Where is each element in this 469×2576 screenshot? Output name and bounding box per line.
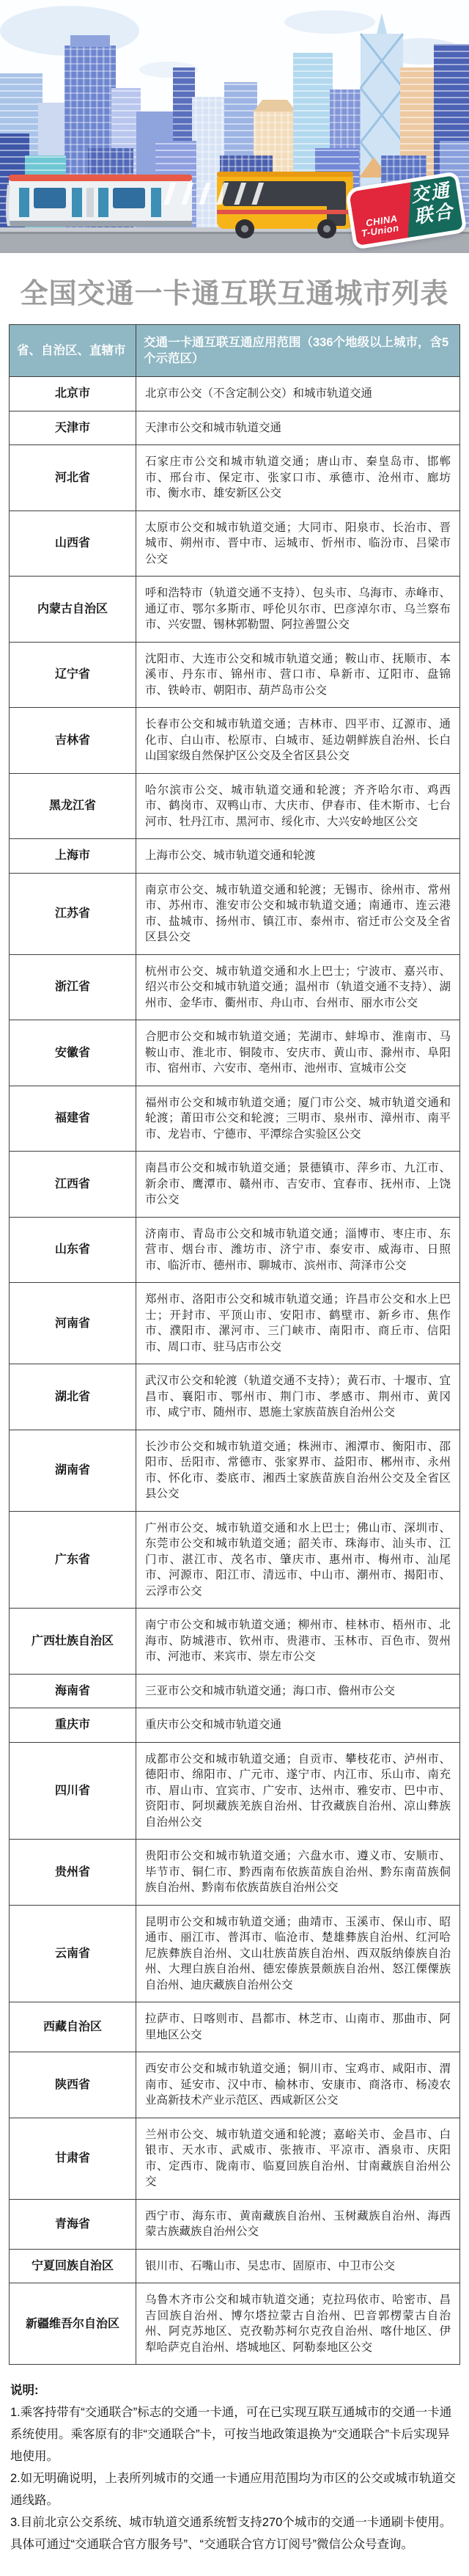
note-item: 3.目前北京公交系统、城市轨道交通系统暂支持270个城市的交通一卡通刷卡使用。具… — [10, 2511, 459, 2555]
notes-list: 1.乘客持带有“交通联合”标志的交通一卡通，可在已实现互联互通城市的交通一卡通系… — [10, 2401, 459, 2555]
table-row: 四川省 成都市公交和城市轨道交通；自贡市、攀枝花市、泸州市、德阳市、绵阳市、广元… — [10, 1742, 460, 1840]
scope-cell: 太原市公交和城市轨道交通；大同市、阳泉市、长治市、晋城市、朔州市、晋中市、运城市… — [136, 511, 460, 577]
table-row: 西藏自治区 拉萨市、日喀则市、昌都市、林芝市、山南市、那曲市、阿里地区公交 — [10, 2002, 460, 2052]
notes-section: 说明: 1.乘客持带有“交通联合”标志的交通一卡通，可在已实现互联互通城市的交通… — [10, 2379, 459, 2555]
scope-cell: 广州市公交、城市轨道交通和水上巴士；佛山市、深圳市、东莞市公交和城市轨道交通；韶… — [136, 1511, 460, 1609]
scope-cell: 福州市公交和城市轨道交通；厦门市公交、城市轨道交通和轮渡；莆田市公交和轮渡；三明… — [136, 1086, 460, 1152]
scope-cell: 杭州市公交、城市轨道交通和水上巴士；宁波市、嘉兴市、绍兴市公交和城市轨道交通；温… — [136, 954, 460, 1020]
page-banner: CHINA T-Union 交通 联合 — [0, 0, 469, 253]
region-cell: 广东省 — [10, 1511, 136, 1609]
scope-cell: 郑州市、洛阳市公交和城市轨道交通；许昌市公交和水上巴士；开封市、平顶山市、安阳市… — [136, 1283, 460, 1364]
region-cell: 陕西省 — [10, 2052, 136, 2118]
scope-cell: 西安市公交和城市轨道交通；铜川市、宝鸡市、咸阳市、渭南市、延安市、汉中市、榆林市… — [136, 2052, 460, 2118]
note-item: 2.如无明确说明，上表所列城市的交通一卡通应用范围均为市区的公交或城市轨道交通线… — [10, 2467, 459, 2511]
table-row: 河北省 石家庄市公交和城市轨道交通；唐山市、秦皇岛市、邯郸市、邢台市、保定市、张… — [10, 445, 460, 511]
region-cell: 江西省 — [10, 1152, 136, 1218]
table-row: 吉林省 长春市公交和城市轨道交通；吉林市、四平市、辽源市、通化市、白山市、松原市… — [10, 708, 460, 774]
city-table: 省、自治区、直辖市 交通一卡通互联互通应用范围（336个地级以上城市，含5个示范… — [9, 324, 460, 2365]
table-row: 湖南省 长沙市公交和城市轨道交通；株洲市、湘潭市、衡阳市、邵阳市、岳阳市、常德市… — [10, 1430, 460, 1511]
table-row: 贵州省 贵阳市公交和城市轨道交通；六盘水市、遵义市、安顺市、毕节市、铜仁市、黔西… — [10, 1840, 460, 1906]
scope-cell: 呼和浩特市（轨道交通不支持）、包头市、乌海市、赤峰市、通辽市、鄂尔多斯市、呼伦贝… — [136, 577, 460, 643]
table-row: 青海省 西宁市、海东市、黄南藏族自治州、玉树藏族自治州、海西蒙古族藏族自治州公交 — [10, 2199, 460, 2249]
scope-cell: 拉萨市、日喀则市、昌都市、林芝市、山南市、那曲市、阿里地区公交 — [136, 2002, 460, 2052]
region-cell: 西藏自治区 — [10, 2002, 136, 2052]
table-row: 辽宁省 沈阳市、大连市公交和城市轨道交通；鞍山市、抚顺市、本溪市、丹东市、锦州市… — [10, 642, 460, 708]
scope-cell: 上海市公交、城市轨道交通和轮渡 — [136, 839, 460, 874]
city-table-body: 北京市 北京市公交（不含定制公交）和城市轨道交通 天津市 天津市公交和城市轨道交… — [10, 377, 460, 2365]
table-row: 天津市 天津市公交和城市轨道交通 — [10, 411, 460, 445]
table-row: 安徽省 合肥市公交和城市轨道交通；芜湖市、蚌埠市、淮南市、马鞍山市、淮北市、铜陵… — [10, 1020, 460, 1086]
notes-heading: 说明: — [10, 2379, 459, 2401]
region-cell: 四川省 — [10, 1742, 136, 1840]
table-header-scope: 交通一卡通互联互通应用范围（336个地级以上城市，含5个示范区） — [136, 325, 460, 377]
scope-cell: 长春市公交和城市轨道交通；吉林市、四平市、辽源市、通化市、白山市、松原市、白城市… — [136, 708, 460, 774]
table-row: 海南省 三亚市公交和城市轨道交通；海口市、儋州市公交 — [10, 1674, 460, 1708]
region-cell: 宁夏回族自治区 — [10, 2249, 136, 2283]
table-row: 云南省 昆明市公交和城市轨道交通；曲靖市、玉溪市、保山市、昭通市、丽江市、普洱市… — [10, 1905, 460, 2002]
table-header-region: 省、自治区、直辖市 — [10, 325, 136, 377]
table-row: 新疆维吾尔自治区 乌鲁木齐市公交和城市轨道交通；克拉玛依市、哈密市、昌吉回族自治… — [10, 2283, 460, 2365]
scope-cell: 南京市公交、城市轨道交通和轮渡；无锡市、徐州市、常州市、苏州市、淮安市公交和城市… — [136, 873, 460, 954]
scope-cell: 石家庄市公交和城市轨道交通；唐山市、秦皇岛市、邯郸市、邢台市、保定市、张家口市、… — [136, 445, 460, 511]
table-row: 北京市 北京市公交（不含定制公交）和城市轨道交通 — [10, 377, 460, 411]
scope-cell: 长沙市公交和城市轨道交通；株洲市、湘潭市、衡阳市、邵阳市、岳阳市、常德市、张家界… — [136, 1430, 460, 1511]
table-header-row: 省、自治区、直辖市 交通一卡通互联互通应用范围（336个地级以上城市，含5个示范… — [10, 325, 460, 377]
scope-cell: 西宁市、海东市、黄南藏族自治州、玉树藏族自治州、海西蒙古族藏族自治州公交 — [136, 2199, 460, 2249]
scope-cell: 成都市公交和城市轨道交通；自贡市、攀枝花市、泸州市、德阳市、绵阳市、广元市、遂宁… — [136, 1742, 460, 1840]
train-illustration — [7, 175, 192, 227]
scope-cell: 兰州市公交、城市轨道交通和轮渡；嘉峪关市、金昌市、白银市、天水市、武威市、张掖市… — [136, 2118, 460, 2199]
region-cell: 云南省 — [10, 1905, 136, 2002]
scope-cell: 重庆市公交和城市轨道交通 — [136, 1708, 460, 1743]
scope-cell: 沈阳市、大连市公交和城市轨道交通；鞍山市、抚顺市、本溪市、丹东市、锦州市、营口市… — [136, 642, 460, 708]
region-cell: 上海市 — [10, 839, 136, 874]
region-cell: 内蒙古自治区 — [10, 577, 136, 643]
table-row: 内蒙古自治区 呼和浩特市（轨道交通不支持）、包头市、乌海市、赤峰市、通辽市、鄂尔… — [10, 577, 460, 643]
scope-cell: 哈尔滨市公交、城市轨道交通和轮渡；齐齐哈尔市、鸡西市、鹤岗市、双鸭山市、大庆市、… — [136, 773, 460, 839]
note-item: 1.乘客持带有“交通联合”标志的交通一卡通，可在已实现互联互通城市的交通一卡通系… — [10, 2401, 459, 2467]
table-row: 江西省 南昌市公交和城市轨道交通；景德镇市、萍乡市、九江市、新余市、鹰潭市、赣州… — [10, 1152, 460, 1218]
badge-cn-text: 交通 联合 — [410, 180, 455, 228]
scope-cell: 昆明市公交和城市轨道交通；曲靖市、玉溪市、保山市、昭通市、丽江市、普洱市、临沧市… — [136, 1905, 460, 2002]
table-row: 江苏省 南京市公交、城市轨道交通和轮渡；无锡市、徐州市、常州市、苏州市、淮安市公… — [10, 873, 460, 954]
region-cell: 贵州省 — [10, 1840, 136, 1906]
region-cell: 甘肃省 — [10, 2118, 136, 2199]
table-row: 黑龙江省 哈尔滨市公交、城市轨道交通和轮渡；齐齐哈尔市、鸡西市、鹤岗市、双鸭山市… — [10, 773, 460, 839]
scope-cell: 贵阳市公交和城市轨道交通；六盘水市、遵义市、安顺市、毕节市、铜仁市、黔西南布依族… — [136, 1840, 460, 1906]
scope-cell: 天津市公交和城市轨道交通 — [136, 411, 460, 445]
scope-cell: 合肥市公交和城市轨道交通；芜湖市、蚌埠市、淮南市、马鞍山市、淮北市、铜陵市、安庆… — [136, 1020, 460, 1086]
table-row: 甘肃省 兰州市公交、城市轨道交通和轮渡；嘉峪关市、金昌市、白银市、天水市、武威市… — [10, 2118, 460, 2199]
region-cell: 安徽省 — [10, 1020, 136, 1086]
table-row: 河南省 郑州市、洛阳市公交和城市轨道交通；许昌市公交和水上巴士；开封市、平顶山市… — [10, 1283, 460, 1364]
scope-cell: 乌鲁木齐市公交和城市轨道交通；克拉玛依市、哈密市、昌吉回族自治州、博尔塔拉蒙古自… — [136, 2283, 460, 2365]
region-cell: 湖北省 — [10, 1364, 136, 1430]
region-cell: 新疆维吾尔自治区 — [10, 2283, 136, 2365]
region-cell: 河南省 — [10, 1283, 136, 1364]
table-row: 宁夏回族自治区 银川市、石嘴山市、吴忠市、固原市、中卫市公交 — [10, 2249, 460, 2283]
region-cell: 湖南省 — [10, 1430, 136, 1511]
scope-cell: 南昌市公交和城市轨道交通；景德镇市、萍乡市、九江市、新余市、鹰潭市、赣州市、吉安… — [136, 1152, 460, 1218]
table-row: 陕西省 西安市公交和城市轨道交通；铜川市、宝鸡市、咸阳市、渭南市、延安市、汉中市… — [10, 2052, 460, 2118]
table-row: 山东省 济南市、青岛市公交和城市轨道交通；淄博市、枣庄市、东营市、烟台市、潍坊市… — [10, 1217, 460, 1283]
table-row: 广东省 广州市公交、城市轨道交通和水上巴士；佛山市、深圳市、东莞市公交和城市轨道… — [10, 1511, 460, 1609]
page-title: 全国交通一卡通互联互通城市列表 — [7, 271, 462, 311]
region-cell: 海南省 — [10, 1674, 136, 1708]
badge-en-text: CHINA T-Union — [359, 213, 399, 238]
scope-cell: 北京市公交（不含定制公交）和城市轨道交通 — [136, 377, 460, 411]
table-row: 浙江省 杭州市公交、城市轨道交通和水上巴士；宁波市、嘉兴市、绍兴市公交和城市轨道… — [10, 954, 460, 1020]
region-cell: 黑龙江省 — [10, 773, 136, 839]
scope-cell: 三亚市公交和城市轨道交通；海口市、儋州市公交 — [136, 1674, 460, 1708]
table-row: 山西省 太原市公交和城市轨道交通；大同市、阳泉市、长治市、晋城市、朔州市、晋中市… — [10, 511, 460, 577]
region-cell: 福建省 — [10, 1086, 136, 1152]
scope-cell: 武汉市公交和轮渡（轨道交通不支持）；黄石市、十堰市、宜昌市、襄阳市、鄂州市、荆门… — [136, 1364, 460, 1430]
scope-cell: 银川市、石嘴山市、吴忠市、固原市、中卫市公交 — [136, 2249, 460, 2283]
region-cell: 吉林省 — [10, 708, 136, 774]
table-row: 重庆市 重庆市公交和城市轨道交通 — [10, 1708, 460, 1743]
region-cell: 江苏省 — [10, 873, 136, 954]
region-cell: 青海省 — [10, 2199, 136, 2249]
table-row: 广西壮族自治区 南宁市公交和城市轨道交通；柳州市、桂林市、梧州市、北海市、防城港… — [10, 1609, 460, 1675]
region-cell: 天津市 — [10, 411, 136, 445]
region-cell: 山西省 — [10, 511, 136, 577]
region-cell: 北京市 — [10, 377, 136, 411]
scope-cell: 济南市、青岛市公交和城市轨道交通；淄博市、枣庄市、东营市、烟台市、潍坊市、济宁市… — [136, 1217, 460, 1283]
region-cell: 浙江省 — [10, 954, 136, 1020]
region-cell: 辽宁省 — [10, 642, 136, 708]
table-row: 福建省 福州市公交和城市轨道交通；厦门市公交、城市轨道交通和轮渡；莆田市公交和轮… — [10, 1086, 460, 1152]
region-cell: 河北省 — [10, 445, 136, 511]
scope-cell: 南宁市公交和城市轨道交通；柳州市、桂林市、梧州市、北海市、防城港市、钦州市、贵港… — [136, 1609, 460, 1675]
region-cell: 山东省 — [10, 1217, 136, 1283]
region-cell: 重庆市 — [10, 1708, 136, 1743]
table-row: 湖北省 武汉市公交和轮渡（轨道交通不支持）；黄石市、十堰市、宜昌市、襄阳市、鄂州… — [10, 1364, 460, 1430]
region-cell: 广西壮族自治区 — [10, 1609, 136, 1675]
table-row: 上海市 上海市公交、城市轨道交通和轮渡 — [10, 839, 460, 874]
